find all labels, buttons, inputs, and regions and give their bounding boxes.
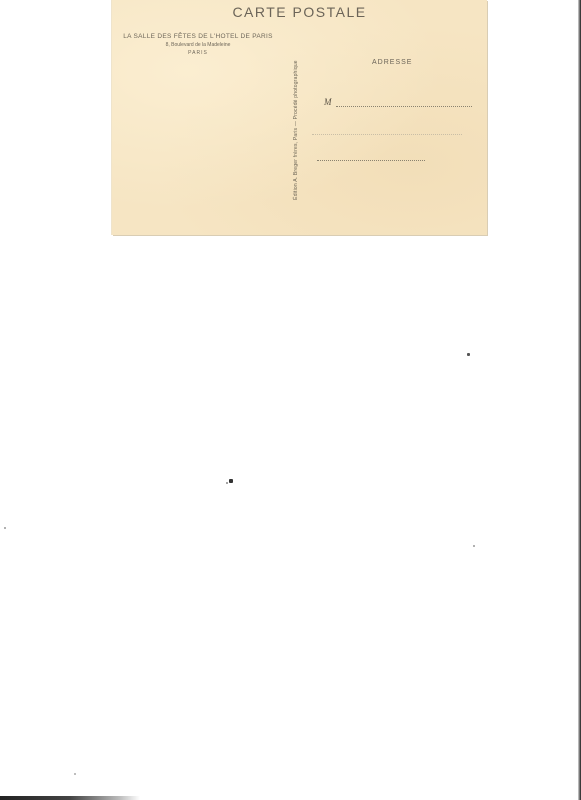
address-line-1 [336,105,472,107]
postcard-caption: LA SALLE DES FÊTES DE L'HOTEL DE PARIS 8… [118,33,278,56]
scan-speck [473,545,475,547]
postcard-title: CARTE POSTALE [112,4,487,20]
address-prefix: M [324,97,332,107]
caption-line-1: LA SALLE DES FÊTES DE L'HOTEL DE PARIS [118,33,278,40]
scan-speck [226,482,228,484]
scan-speck [467,353,470,356]
scan-speck [74,773,76,775]
address-line-3 [317,159,425,161]
address-label: ADRESSE [372,59,412,66]
caption-line-3: PARIS [118,50,278,56]
scan-speck [4,527,6,529]
postcard-back: CARTE POSTALE LA SALLE DES FÊTES DE L'HO… [112,0,487,235]
scanned-page: CARTE POSTALE LA SALLE DES FÊTES DE L'HO… [0,0,581,800]
scan-edge-bottom [0,796,140,800]
scan-speck [229,479,233,483]
address-line-2 [312,133,462,135]
publisher-imprint: Édition A. Breger frères, Paris — Procéd… [293,35,299,225]
caption-line-2: 8, Boulevard de la Madeleine [118,42,278,48]
